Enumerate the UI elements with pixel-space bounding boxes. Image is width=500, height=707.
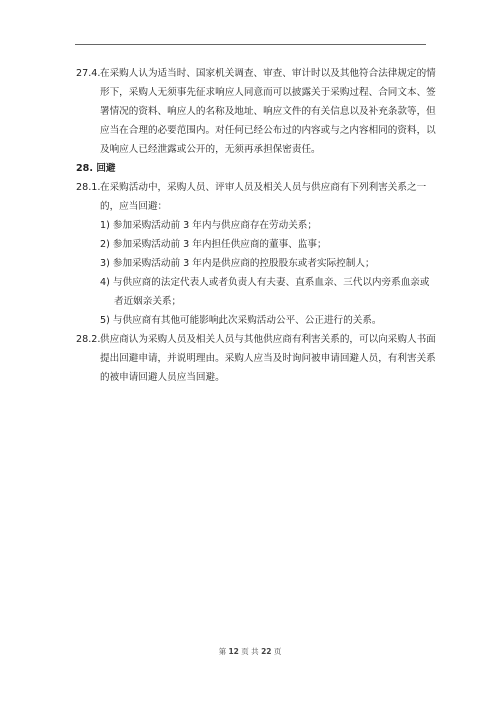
clause-text: 在采购人认为适当时、国家机关调查、审查、审计时以及其他符合法律规定的情形下，采购…	[100, 68, 436, 155]
header-rule	[75, 44, 426, 45]
list-item-text: 4) 与供应商的法定代表人或者负责人有夫妻、直系血亲、三代以内旁系血亲或者近姻亲…	[100, 273, 436, 311]
page-footer: 第 12 页 共 22 页	[0, 646, 500, 657]
list-item: 3) 参加采购活动前 3 年内是供应商的控股股东或者实际控制人；	[76, 254, 436, 273]
footer-suffix: 页	[274, 647, 282, 656]
clause-number: 27.4.	[76, 64, 100, 83]
footer-middle: 页 共	[241, 647, 258, 656]
section-title: 回避	[96, 163, 115, 174]
footer-prefix: 第	[219, 647, 227, 656]
section-number: 28.	[76, 163, 93, 174]
clause-text: 在采购活动中，采购人员、评审人员及相关人员与供应商有下列利害关系之一的，应当回避…	[100, 182, 426, 212]
list-item: 1) 参加采购活动前 3 年内与供应商存在劳动关系；	[76, 216, 436, 235]
document-body: 27.4. 在采购人认为适当时、国家机关调查、审查、审计时以及其他符合法律规定的…	[76, 64, 436, 387]
clause-27-4: 27.4. 在采购人认为适当时、国家机关调查、审查、审计时以及其他符合法律规定的…	[76, 64, 436, 159]
list-item: 4) 与供应商的法定代表人或者负责人有夫妻、直系血亲、三代以内旁系血亲或者近姻亲…	[76, 273, 436, 311]
clause-text: 供应商认为采购人员及相关人员与其他供应商有利害关系的，可以向采购人书面提出回避申…	[100, 334, 436, 383]
current-page-number: 12	[228, 647, 238, 656]
section-heading-28: 28. 回避	[76, 159, 436, 178]
clause-number: 28.1.	[76, 178, 100, 197]
list-item-text: 2) 参加采购活动前 3 年内担任供应商的董事、监事；	[100, 235, 436, 254]
clause-number: 28.2.	[76, 330, 100, 349]
clause-28-1: 28.1. 在采购活动中，采购人员、评审人员及相关人员与供应商有下列利害关系之一…	[76, 178, 436, 216]
list-item-text: 5) 与供应商有其他可能影响此次采购活动公平、公正进行的关系。	[100, 311, 436, 330]
clause-28-2: 28.2. 供应商认为采购人员及相关人员与其他供应商有利害关系的，可以向采购人书…	[76, 330, 436, 387]
total-page-count: 22	[261, 647, 271, 656]
list-item: 2) 参加采购活动前 3 年内担任供应商的董事、监事；	[76, 235, 436, 254]
list-item-text: 3) 参加采购活动前 3 年内是供应商的控股股东或者实际控制人；	[100, 254, 436, 273]
list-item-text: 1) 参加采购活动前 3 年内与供应商存在劳动关系；	[100, 216, 436, 235]
list-item: 5) 与供应商有其他可能影响此次采购活动公平、公正进行的关系。	[76, 311, 436, 330]
